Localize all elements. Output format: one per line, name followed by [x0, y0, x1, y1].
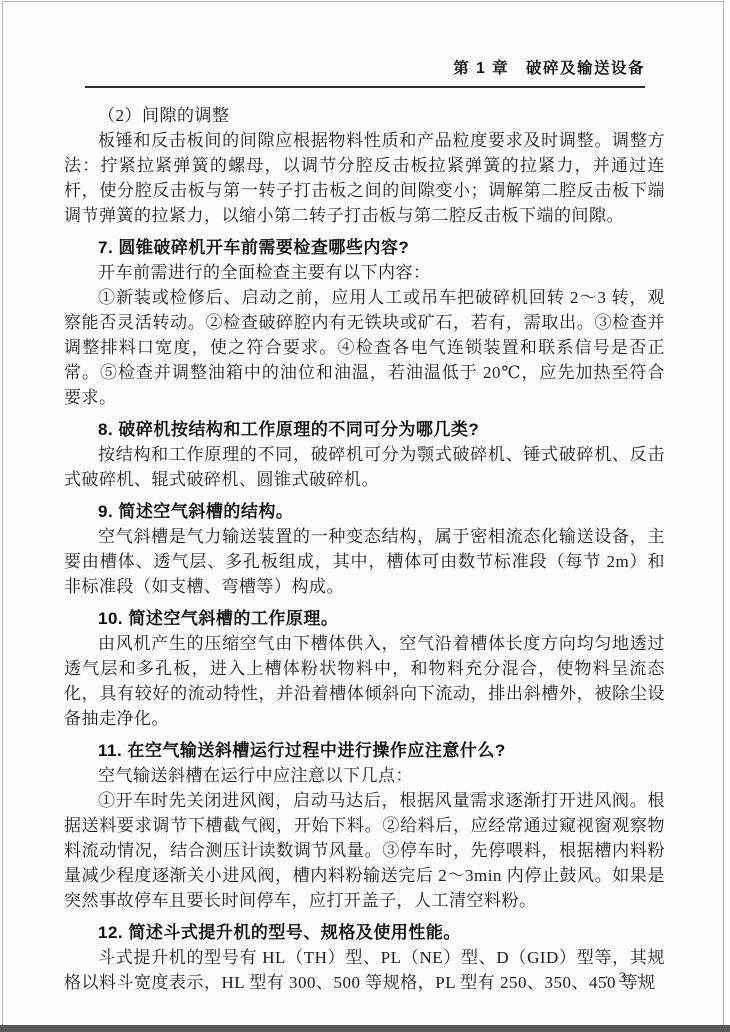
paragraph: 空气输送斜槽在运行中应注意以下几点：: [64, 763, 665, 788]
paragraph: 空气斜槽是气力输送装置的一种变态结构，属于密相流态化输送设备，主要由槽体、透气层…: [64, 524, 665, 599]
header-rule: [85, 86, 645, 88]
book-page: 第 1 章 破碎及输送设备 （2）间隙的调整 板锤和反击板间的间隙应根据物料性质…: [0, 0, 730, 1032]
question-heading: 8. 破碎机按结构和工作原理的不同可分为哪几类?: [64, 417, 665, 442]
section-label: （2）间隙的调整: [64, 103, 665, 128]
paragraph: 斗式提升机的型号有 HL（TH）型、PL（NE）型、D（GID）型等，其规格以料…: [64, 945, 665, 995]
question-heading: 12. 简述斗式提升机的型号、规格及使用性能。: [64, 920, 665, 945]
paragraph: 板锤和反击板间的间隙应根据物料性质和产品粒度要求及时调整。调整方法：拧紧拉紧弹簧…: [64, 128, 665, 228]
bottom-edge-bar: [0, 1025, 730, 1032]
question-heading: 10. 简述空气斜槽的工作原理。: [64, 606, 665, 631]
running-header-chapter-title: 第 1 章 破碎及输送设备: [453, 56, 645, 78]
page-number: · 3 ·: [604, 970, 644, 987]
paragraph: 开车前需进行的全面检查主要有以下内容：: [64, 260, 665, 285]
question-heading: 9. 简述空气斜槽的结构。: [64, 499, 665, 524]
question-heading: 7. 圆锥破碎机开车前需要检查哪些内容?: [64, 235, 665, 260]
paragraph: ①新装或检修后、启动之前，应用人工或吊车把破碎机回转 2～3 转，观察能否灵活转…: [64, 285, 665, 410]
paragraph: ①开车时先关闭进风阀，启动马达后，根据风量需求逐渐打开进风阀。根据送料要求调节下…: [64, 788, 665, 913]
content-area: （2）间隙的调整 板锤和反击板间的间隙应根据物料性质和产品粒度要求及时调整。调整…: [64, 103, 665, 995]
question-heading: 11. 在空气输送斜槽运行过程中进行操作应注意什么?: [64, 738, 665, 763]
paragraph: 由风机产生的压缩空气由下槽体供入，空气沿着槽体长度方向均匀地透过透气层和多孔板，…: [64, 631, 665, 731]
paragraph: 按结构和工作原理的不同，破碎机可分为颚式破碎机、锤式破碎机、反击式破碎机、辊式破…: [64, 442, 665, 492]
